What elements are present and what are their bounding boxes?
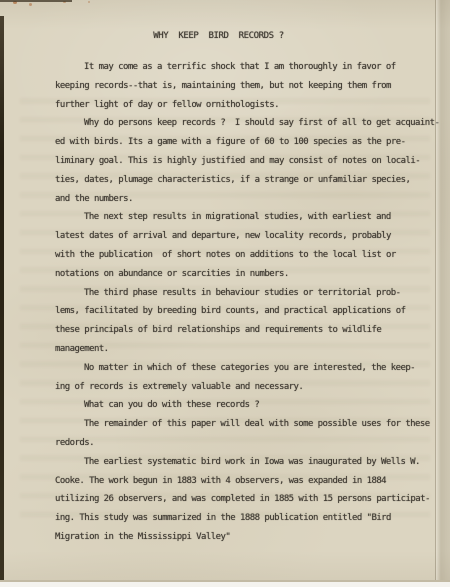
text-line: ing. This study was summarized in the 18… — [55, 509, 435, 528]
text-line: The third phase results in behaviour stu… — [55, 284, 435, 303]
text-line: liminary goal. This is highly justified … — [55, 152, 435, 171]
paragraph-4: The third phase results in behaviour stu… — [55, 284, 435, 359]
text-line: redords. — [55, 434, 435, 453]
paper-top-edge — [0, 0, 72, 2]
text-line: What can you do with these records ? — [55, 396, 435, 415]
text-line: No matter in which of these categories y… — [55, 359, 435, 378]
rust-speck — [88, 1, 90, 3]
text-line: latest dates of arrival and departure, n… — [55, 227, 435, 246]
text-line: The remainder of this paper will deal wi… — [55, 415, 435, 434]
paragraph-7: The remainder of this paper will deal wi… — [55, 415, 435, 453]
text-line: with the publication of short notes on a… — [55, 246, 435, 265]
text-line: management. — [55, 340, 435, 359]
text-line: ties, dates, plumage characteristics, if… — [55, 171, 435, 190]
text-line: further light of day or fellow ornitholo… — [55, 96, 435, 115]
paragraph-8: The earliest systematic bird work in Iow… — [55, 453, 435, 547]
paper-right-edge-shadow — [435, 0, 450, 580]
text-line: and the numbers. — [55, 190, 435, 209]
document-title: WHY KEEP BIRD RECORDS ? — [0, 31, 437, 41]
scanner-background-strip — [0, 582, 450, 587]
paragraph-1: It may come as a terrific shock that I a… — [55, 58, 435, 114]
text-line: It may come as a terrific shock that I a… — [55, 58, 435, 77]
text-line: notations on abundance or scarcities in … — [55, 265, 435, 284]
paper-left-edge-shadow — [0, 16, 4, 580]
paragraph-6: What can you do with these records ? — [55, 396, 435, 415]
text-line: The next step results in migrational stu… — [55, 208, 435, 227]
text-line: keeping records--that is, maintaining th… — [55, 77, 435, 96]
paragraph-5: No matter in which of these categories y… — [55, 359, 435, 397]
scan-background: WHY KEEP BIRD RECORDS ? It may come as a… — [0, 0, 450, 587]
text-line: The earliest systematic bird work in Iow… — [55, 453, 435, 472]
text-line: lems, facilitated by breeding bird count… — [55, 302, 435, 321]
rust-speck — [29, 3, 32, 6]
text-line: ing of records is extremely valuable and… — [55, 378, 435, 397]
text-line: ed with birds. Its a game with a figure … — [55, 133, 435, 152]
paragraph-3: The next step results in migrational stu… — [55, 208, 435, 283]
paragraph-2: Why do persons keep records ? I should s… — [55, 114, 435, 208]
text-line: utilizing 26 observers, and was complete… — [55, 490, 435, 509]
text-line: Migration in the Mississippi Valley" — [55, 528, 435, 547]
text-line: Cooke. The work begun in 1883 with 4 obs… — [55, 472, 435, 491]
document-body: It may come as a terrific shock that I a… — [55, 58, 435, 547]
document-page: WHY KEEP BIRD RECORDS ? It may come as a… — [0, 0, 450, 582]
text-line: Why do persons keep records ? I should s… — [55, 114, 435, 133]
text-line: these principals of bird relationships a… — [55, 321, 435, 340]
